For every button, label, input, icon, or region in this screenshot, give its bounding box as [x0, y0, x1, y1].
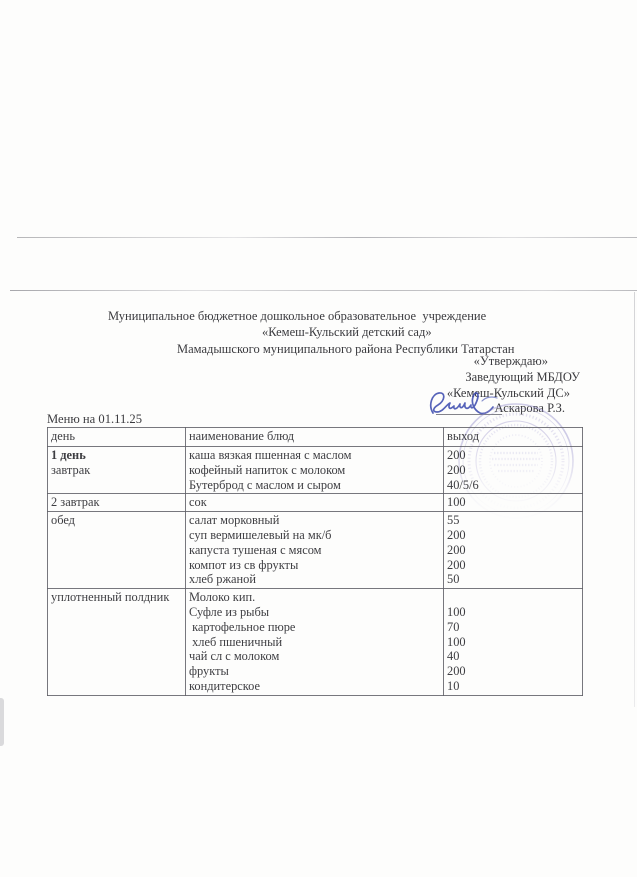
table-line: 10	[447, 679, 579, 694]
table-line: 40/5/6	[447, 478, 579, 493]
table-line: 200	[447, 463, 579, 478]
scan-artifact-left-smudge	[0, 698, 4, 746]
day-label: обед	[51, 513, 182, 528]
table-line: каша вязкая пшенная с маслом	[189, 448, 440, 463]
table-line: 55	[447, 513, 579, 528]
menu-table: день наименование блюд выход 1 день завт…	[47, 427, 583, 696]
scan-artifact-right-edge	[634, 292, 635, 707]
col-header-dishes: наименование блюд	[186, 428, 444, 447]
table-line: суп вермишелевый на мк/б	[189, 528, 440, 543]
day-label: уплотненный полдник	[51, 590, 182, 605]
scanned-menu-document: Муниципальное бюджетное дошкольное образ…	[0, 0, 637, 877]
table-row-snack: уплотненный полдник Молоко кип.Суфле из …	[48, 589, 583, 696]
output-cell: 100701004020010	[444, 589, 583, 696]
table-line: 50	[447, 572, 579, 587]
table-line: 40	[447, 649, 579, 664]
col-header-day: день	[48, 428, 186, 447]
table-line: сок	[189, 495, 440, 510]
dishes-cell: каша вязкая пшенная с масломкофейный нап…	[186, 447, 444, 494]
table-line: Суфле из рыбы	[189, 605, 440, 620]
table-line: 70	[447, 620, 579, 635]
table-line: 100	[447, 495, 579, 510]
table-row-second-breakfast: 2 завтрак сок 100	[48, 494, 583, 512]
col-header-output: выход	[444, 428, 583, 447]
table-line: 200	[447, 528, 579, 543]
table-line: 100	[447, 635, 579, 650]
output-cell: 100	[444, 494, 583, 512]
approval-label: «Утверждаю»	[474, 354, 548, 369]
table-line: Бутерброд с маслом и сыром	[189, 478, 440, 493]
table-row-lunch: обед салат морковныйсуп вермишелевый на …	[48, 512, 583, 589]
day-label: завтрак	[51, 463, 182, 478]
scan-artifact-line-bottom	[10, 290, 637, 291]
table-line: кондитерское	[189, 679, 440, 694]
org-name-line3: Мамадышского муниципального района Респу…	[177, 342, 514, 357]
output-cell: 5520020020050	[444, 512, 583, 589]
table-header-row: день наименование блюд выход	[48, 428, 583, 447]
org-name-line2: «Кемеш-Кульский детский сад»	[262, 325, 432, 340]
dishes-cell: Молоко кип.Суфле из рыбы картофельное пю…	[186, 589, 444, 696]
table-line: кофейный напиток с молоком	[189, 463, 440, 478]
day-label: 2 завтрак	[51, 495, 182, 510]
scan-artifact-line-top	[17, 237, 637, 238]
table-row-breakfast: 1 день завтрак каша вязкая пшенная с мас…	[48, 447, 583, 494]
day-label-bold: 1 день	[51, 448, 182, 463]
output-cell: 20020040/5/6	[444, 447, 583, 494]
table-line: капуста тушеная с мясом	[189, 543, 440, 558]
day-cell: 1 день завтрак	[48, 447, 186, 494]
table-line: 200	[447, 543, 579, 558]
table-line	[447, 590, 579, 605]
dishes-cell: сок	[186, 494, 444, 512]
day-cell: обед	[48, 512, 186, 589]
table-line: картофельное пюре	[189, 620, 440, 635]
table-line: хлеб пшеничный	[189, 635, 440, 650]
table-line: хлеб ржаной	[189, 572, 440, 587]
org-name-line1: Муниципальное бюджетное дошкольное образ…	[108, 309, 486, 324]
menu-title: Меню на 01.11.25	[47, 412, 142, 427]
table-line: 200	[447, 664, 579, 679]
table-line: 100	[447, 605, 579, 620]
day-cell: уплотненный полдник	[48, 589, 186, 696]
head-title: Заведующий МБДОУ	[465, 370, 580, 385]
signature-scribble-icon	[426, 388, 508, 420]
dishes-cell: салат морковныйсуп вермишелевый на мк/бк…	[186, 512, 444, 589]
table-line: компот из св фрукты	[189, 558, 440, 573]
table-line: фрукты	[189, 664, 440, 679]
table-line: чай сл с молоком	[189, 649, 440, 664]
table-line: салат морковный	[189, 513, 440, 528]
table-line: Молоко кип.	[189, 590, 440, 605]
table-line: 200	[447, 558, 579, 573]
day-cell: 2 завтрак	[48, 494, 186, 512]
table-line: 200	[447, 448, 579, 463]
